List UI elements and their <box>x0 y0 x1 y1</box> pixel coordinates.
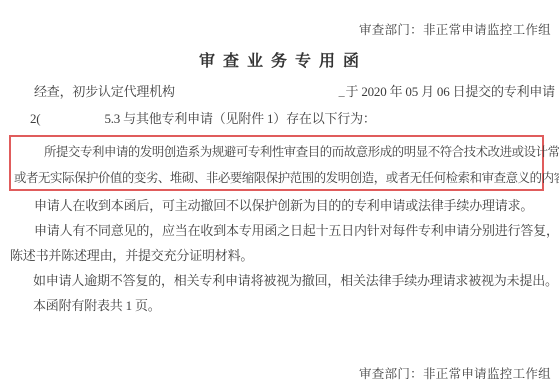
application-number-line: 2(5.3 与其他专利申请（见附件 1）存在以下行为： <box>30 108 376 127</box>
letter-document: 审查部门：非正常申请监控工作组 审 查 业 务 专 用 函 经查，初步认定代理机… <box>0 0 559 391</box>
paragraph-attachment: 本函附有附表共 1 页。 <box>33 295 161 314</box>
finding-text-line-1: 所提交专利申请的发明创造系为规避可专利性审查目的而故意形成的明显不符合技术改进或… <box>44 142 559 160</box>
filing-date-text: 于 2020 年 05 月 06 日提交的专利申请 <box>345 84 555 99</box>
paragraph-withdraw: 申请人在收到本函后，可主动撤回不以保护创新为目的的专利申请或法律手续办理请求。 <box>34 195 533 214</box>
letter-title: 审 查 业 务 专 用 函 <box>0 48 559 71</box>
footer-department-label: 审查部门：非正常申请监控工作组 <box>359 364 551 382</box>
paragraph-overdue: 如申请人逾期不答复的，相关专利申请将被视为撤回，相关法律手续办理请求被视为未提出… <box>33 270 558 289</box>
intro-line-right: _于 2020 年 05 月 06 日提交的专利申请 <box>339 81 555 100</box>
intro-line-left: 经查，初步认定代理机构 <box>34 81 175 100</box>
highlighted-finding-box: 所提交专利申请的发明创造系为规避可专利性审查目的而故意形成的明显不符合技术改进或… <box>9 135 544 191</box>
intro-line: 经查，初步认定代理机构 _于 2020 年 05 月 06 日提交的专利申请 <box>34 81 555 100</box>
behavior-statement-text: 5.3 与其他专利申请（见附件 1）存在以下行为： <box>104 111 375 126</box>
finding-text-line-2: 或者无实际保护价值的变劣、堆砌、非必要缩限保护范围的发明创造，或者无任何检索和审… <box>14 168 559 186</box>
paragraph-disagree-line-1: 申请人有不同意见的，应当在收到本专用函之日起十五日内针对每件专利申请分别进行答复… <box>34 220 559 239</box>
paragraph-disagree-line-2: 陈述书并陈述理由，并提交充分证明材料。 <box>10 245 253 264</box>
header-department-label: 审查部门：非正常申请监控工作组 <box>359 20 551 38</box>
application-number-partial: 2( <box>30 111 40 126</box>
redaction-remnant-mark: _ <box>339 84 345 99</box>
